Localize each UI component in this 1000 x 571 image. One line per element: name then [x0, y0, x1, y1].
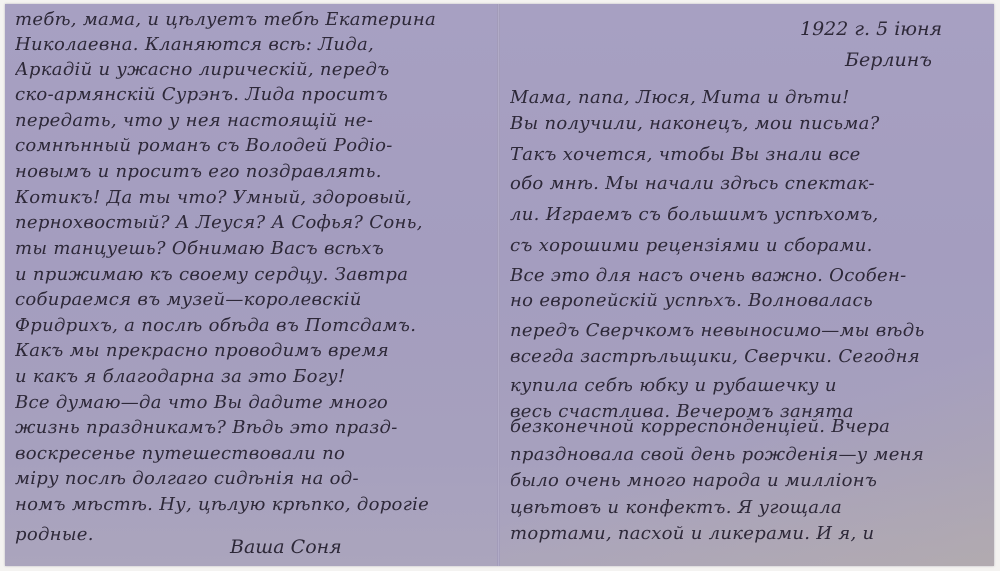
letter-line: Аркадій и ужасно лирическій, передъ: [15, 59, 488, 81]
letter-line: Котикъ! Да ты что? Умный, здоровый,: [15, 187, 488, 209]
letter-place: Берлинъ: [845, 49, 932, 71]
letter-line: родные.: [15, 524, 95, 546]
letter-line: тебѣ, мама, и цѣлуетъ тебѣ Екатерина: [15, 9, 488, 31]
letter-line: ли. Играемъ съ большимъ успѣхомъ,: [510, 204, 986, 226]
letter-line: цвѣтовъ и конфектъ. Я угощала: [510, 497, 986, 519]
letter-line: Фридрихъ, а послѣ обѣда въ Потсдамъ.: [15, 315, 488, 337]
letter-line: и прижимаю къ своему сердцу. Завтра: [15, 264, 488, 286]
letter-line: номъ мѣстѣ. Ну, цѣлую крѣпко, дорогіе: [15, 494, 488, 516]
letter-line: Все это для насъ очень важно. Особен-: [510, 265, 986, 287]
letter-line: но европейскій успѣхъ. Волновалась: [510, 290, 986, 312]
letter-date: 1922 г. 5 іюня: [800, 18, 942, 40]
letter-line: новымъ и проситъ его поздравлять.: [15, 161, 488, 183]
letter-line: купила себѣ юбку и рубашечку и: [510, 375, 986, 397]
letter-line: ско-армянскій Сурэнъ. Лида проситъ: [15, 84, 488, 106]
letter-line: ты танцуешь? Обнимаю Васъ всѣхъ: [15, 238, 488, 260]
letter-line: воскресенье путешествовали по: [15, 443, 488, 465]
letter-line: пернохвостый? А Леуся? А Софья? Сонь,: [15, 212, 488, 234]
letter-line: собираемся въ музей—королевскій: [15, 289, 488, 311]
letter-line: Николаевна. Кланяются всѣ: Лида,: [15, 34, 488, 56]
letter-line: и какъ я благодарна за это Богу!: [15, 366, 488, 388]
letter-line: безконечной корреспонденціей. Вчера: [510, 416, 986, 438]
letter-line: сомнѣнный романъ съ Володей Родіо-: [15, 135, 488, 157]
letter-line: съ хорошими рецензіями и сборами.: [510, 235, 986, 257]
letter-line: Мама, папа, Люся, Мита и дѣти!: [510, 87, 986, 109]
letter-line: тортами, пасхой и ликерами. И я, и: [510, 523, 986, 545]
letter-line: жизнь праздникамъ? Вѣдь это празд-: [15, 417, 488, 439]
letter-line: всегда застрѣльщики, Сверчки. Сегодня: [510, 346, 986, 368]
right-page: 1922 г. 5 іюня Берлинъ Мама, папа, Люся,…: [500, 4, 994, 566]
letter-line: Какъ мы прекрасно проводимъ время: [15, 340, 488, 362]
letter-line: праздновала свой день рожденія—у меня: [510, 444, 986, 466]
letter-line: Все думаю—да что Вы дадите много: [15, 392, 488, 414]
letter-line: передать, что у нея настоящій не-: [15, 110, 488, 132]
signature: Ваша Соня: [230, 536, 342, 558]
letter-line: Такъ хочется, чтобы Вы знали все: [510, 144, 986, 166]
letter-line: Вы получили, наконецъ, мои письма?: [510, 113, 986, 135]
letter-line: передъ Сверчкомъ невыносимо—мы вѣдь: [510, 320, 986, 342]
letter-line: міру послѣ долгаго сидѣнія на од-: [15, 468, 488, 490]
left-page: тебѣ, мама, и цѣлуетъ тебѣ Екатерина Ник…: [5, 4, 496, 566]
letter-sheet: тебѣ, мама, и цѣлуетъ тебѣ Екатерина Ник…: [5, 4, 994, 566]
letter-line: было очень много народа и милліонъ: [510, 470, 986, 492]
letter-line: обо мнѣ. Мы начали здѣсь спектак-: [510, 173, 986, 195]
